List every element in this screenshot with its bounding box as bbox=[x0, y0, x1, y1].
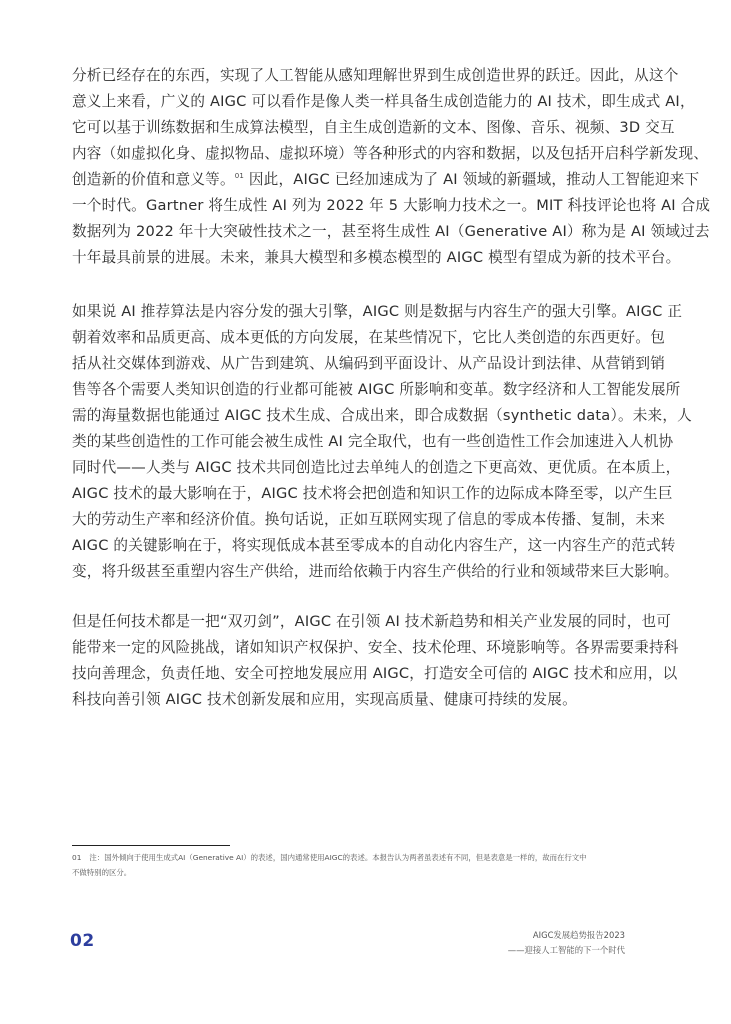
text-line: 能带来一定的风险挑战，诸如知识产权保护、安全、技术伦理、环境影响等。各界需要秉持… bbox=[72, 635, 665, 661]
footnote-text: 注：国外倾向于使用生成式AI（Generative AI）的表述，国内通常使用A… bbox=[89, 853, 586, 862]
text-segment: 创造新的价值和意义等。 bbox=[72, 171, 235, 188]
text-line: 技向善理念，负责任地、安全可控地发展应用 AIGC，打造安全可信的 AIGC 技… bbox=[72, 661, 665, 687]
text-line: 意义上来看，广义的 AIGC 可以看作是像人类一样具备生成创造能力的 AI 技术… bbox=[72, 89, 665, 115]
paragraph-3: 但是任何技术都是一把“双刃剑”，AIGC 在引领 AI 技术新趋势和相关产业发展… bbox=[72, 609, 665, 713]
running-footer: AIGC发展趋势报告2023 ——迎接人工智能的下一个时代 bbox=[508, 928, 625, 958]
footnote-line: 01注：国外倾向于使用生成式AI（Generative AI）的表述，国内通常使… bbox=[72, 850, 672, 865]
text-line: 朝着效率和品质更高、成本更低的方向发展，在某些情况下，它比人类创造的东西更好。包 bbox=[72, 325, 665, 351]
text-line: 数据列为 2022 年十大突破性技术之一，甚至将生成性 AI（Generativ… bbox=[72, 219, 665, 245]
text-line: 括从社交媒体到游戏、从广告到建筑、从编码到平面设计、从产品设计到法律、从营销到销 bbox=[72, 351, 665, 377]
text-line: 分析已经存在的东西，实现了人工智能从感知理解世界到生成创造世界的跃迁。因此，从这… bbox=[72, 63, 665, 89]
footnote-number: 01 bbox=[72, 853, 81, 862]
text-line: 十年最具前景的进展。未来，兼具大模型和多模态模型的 AIGC 模型有望成为新的技… bbox=[72, 245, 665, 271]
text-line: 如果说 AI 推荐算法是内容分发的强大引擎，AIGC 则是数据与内容生产的强大引… bbox=[72, 299, 665, 325]
text-line: 售等各个需要人类知识创造的行业都可能被 AIGC 所影响和变革。数字经济和人工智… bbox=[72, 377, 665, 403]
text-line: 科技向善引领 AIGC 技术创新发展和应用，实现高质量、健康可持续的发展。 bbox=[72, 687, 665, 713]
text-line: 但是任何技术都是一把“双刃剑”，AIGC 在引领 AI 技术新趋势和相关产业发展… bbox=[72, 609, 665, 635]
text-line: 需的海量数据也能通过 AIGC 技术生成、合成出来，即合成数据（syntheti… bbox=[72, 403, 665, 429]
text-line: AIGC 的关键影响在于，将实现低成本甚至零成本的自动化内容生产，这一内容生产的… bbox=[72, 533, 665, 559]
text-line: 同时代——人类与 AIGC 技术共同创造比过去单纯人的创造之下更高效、更优质。在… bbox=[72, 455, 665, 481]
text-line: AIGC 技术的最大影响在于，AIGC 技术将会把创造和知识工作的边际成本降至零… bbox=[72, 481, 665, 507]
text-line: 它可以基于训练数据和生成算法模型，自主生成创造新的文本、图像、音乐、视频、3D … bbox=[72, 115, 665, 141]
report-subtitle: ——迎接人工智能的下一个时代 bbox=[508, 943, 625, 958]
text-line-with-footnote: 创造新的价值和意义等。01 因此，AIGC 已经加速成为了 AI 领域的新疆域，… bbox=[72, 167, 665, 193]
text-line: 内容（如虚拟化身、虚拟物品、虚拟环境）等各种形式的内容和数据，以及包括开启科学新… bbox=[72, 141, 665, 167]
paragraph-1: 分析已经存在的东西，实现了人工智能从感知理解世界到生成创造世界的跃迁。因此，从这… bbox=[72, 63, 665, 271]
page-number: 02 bbox=[70, 931, 95, 951]
footnote-reference[interactable]: 01 bbox=[235, 172, 244, 180]
footnote-line: 不做特别的区分。 bbox=[72, 865, 672, 880]
text-line: 变，将升级甚至重塑内容生产供给，进而给依赖于内容生产供给的行业和领域带来巨大影响… bbox=[72, 559, 665, 585]
paragraph-2: 如果说 AI 推荐算法是内容分发的强大引擎，AIGC 则是数据与内容生产的强大引… bbox=[72, 299, 665, 585]
footnote-divider bbox=[72, 845, 230, 846]
report-title: AIGC发展趋势报告2023 bbox=[508, 928, 625, 943]
footnote: 01注：国外倾向于使用生成式AI（Generative AI）的表述，国内通常使… bbox=[72, 850, 672, 880]
document-page: 分析已经存在的东西，实现了人工智能从感知理解世界到生成创造世界的跃迁。因此，从这… bbox=[0, 0, 731, 1024]
text-line: 一个时代。Gartner 将生成性 AI 列为 2022 年 5 大影响力技术之… bbox=[72, 193, 665, 219]
text-line: 类的某些创造性的工作可能会被生成性 AI 完全取代，也有一些创造性工作会加速进入… bbox=[72, 429, 665, 455]
text-segment: 因此，AIGC 已经加速成为了 AI 领域的新疆域，推动人工智能迎来下 bbox=[249, 171, 699, 188]
text-line: 大的劳动生产率和经济价值。换句话说，正如互联网实现了信息的零成本传播、复制，未来 bbox=[72, 507, 665, 533]
